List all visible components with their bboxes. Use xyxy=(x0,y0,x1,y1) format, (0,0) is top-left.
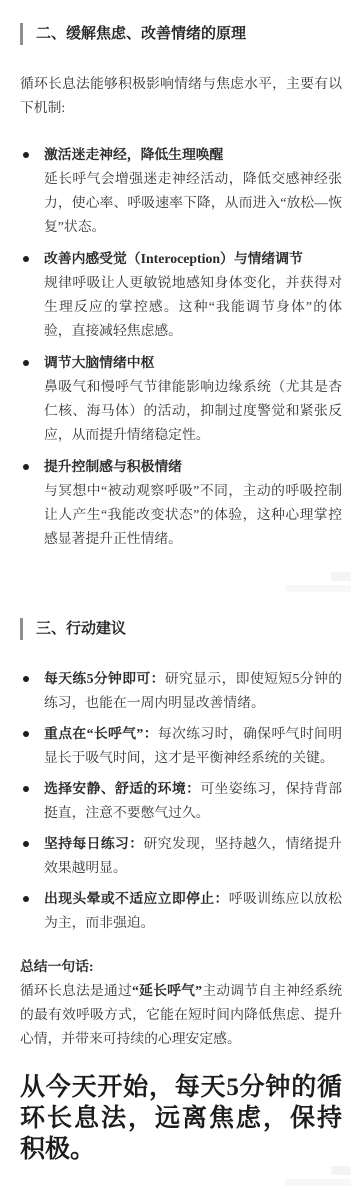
bullet-label: 坚持每日练习： xyxy=(44,836,143,851)
list-item: 出现头晕或不适应立即停止：呼吸训练应以放松为主，而非强迫。 xyxy=(20,887,342,935)
section3-title: 三、行动建议 xyxy=(36,617,126,641)
watermark xyxy=(285,572,351,592)
section2-bullet-list: 激活迷走神经，降低生理唤醒 延长呼气会增强迷走神经活动，降低交感神经张力，使心率… xyxy=(20,143,342,551)
bullet-dot-icon xyxy=(23,786,29,792)
section-accent-bar xyxy=(20,23,23,45)
bullet-body: 鼻吸气和慢呼气节律能影响边缘系统（尤其是杏仁核、海马体）的活动，抑制过度警觉和紧… xyxy=(44,375,342,447)
summary-highlight: “延长呼气” xyxy=(132,983,202,998)
bullet-title: 提升控制感与积极情绪 xyxy=(44,455,342,479)
bullet-dot-icon xyxy=(23,841,29,847)
closing-statement: 从今天开始，每天5分钟的循环长息法，远离焦虑，保持积极。 xyxy=(20,1072,342,1165)
summary-pre: 循环长息法是通过 xyxy=(20,983,132,998)
bullet-label: 重点在“长呼气”： xyxy=(44,726,158,741)
section2-title: 二、缓解焦虑、改善情绪的原理 xyxy=(36,22,246,46)
bullet-title: 调节大脑情绪中枢 xyxy=(44,351,342,375)
watermark-text xyxy=(285,585,351,592)
bullet-body: 延长呼气会增强迷走神经活动，降低交感神经张力，使心率、呼吸速率下降，从而进入“放… xyxy=(44,167,342,239)
list-item: 每天练5分钟即可：研究显示，即使短短5分钟的练习，也能在一周内明显改善情绪。 xyxy=(20,667,342,715)
list-item: 调节大脑情绪中枢 鼻吸气和慢呼气节律能影响边缘系统（尤其是杏仁核、海马体）的活动… xyxy=(20,351,342,447)
bullet-dot-icon xyxy=(23,731,29,737)
bullet-body: 规律呼吸让人更敏锐地感知身体变化，并获得对生理反应的掌控感。这种“我能调节身体”… xyxy=(44,271,342,343)
article-page: 二、缓解焦虑、改善情绪的原理 循环长息法能够积极影响情绪与焦虑水平，主要有以下机… xyxy=(0,0,360,1200)
list-item: 激活迷走神经，降低生理唤醒 延长呼气会增强迷走神经活动，降低交感神经张力，使心率… xyxy=(20,143,342,239)
watermark-text xyxy=(285,1179,351,1186)
section2-header: 二、缓解焦虑、改善情绪的原理 xyxy=(20,22,342,46)
bullet-label: 选择安静、舒适的环境： xyxy=(44,781,200,796)
bullet-title: 改善内感受觉（Interoception）与情绪调节 xyxy=(44,247,342,271)
section2-intro: 循环长息法能够积极影响情绪与焦虑水平，主要有以下机制: xyxy=(20,72,342,120)
bullet-dot-icon xyxy=(23,464,29,470)
bullet-dot-icon xyxy=(23,896,29,902)
section-accent-bar xyxy=(20,618,23,640)
bullet-body: 与冥想中“被动观察呼吸”不同，主动的呼吸控制让人产生“我能改变状态”的体验，这种… xyxy=(44,479,342,551)
bullet-dot-icon xyxy=(23,256,29,262)
summary-label: 总结一句话: xyxy=(20,955,342,979)
bullet-dot-icon xyxy=(23,152,29,158)
list-item: 选择安静、舒适的环境：可坐姿练习，保持背部挺直，注意不要憋气过久。 xyxy=(20,777,342,825)
bullet-dot-icon xyxy=(23,360,29,366)
list-item: 重点在“长呼气”：每次练习时，确保呼气时间明显长于吸气时间，这才是平衡神经系统的… xyxy=(20,722,342,770)
watermark xyxy=(285,1166,351,1186)
bullet-label: 每天练5分钟即可： xyxy=(44,671,165,686)
watermark-badge-icon xyxy=(331,572,351,581)
list-item: 改善内感受觉（Interoception）与情绪调节 规律呼吸让人更敏锐地感知身… xyxy=(20,247,342,343)
section3-header: 三、行动建议 xyxy=(20,617,342,641)
list-item: 坚持每日练习：研究发现，坚持越久，情绪提升效果越明显。 xyxy=(20,832,342,880)
section3-bullet-list: 每天练5分钟即可：研究显示，即使短短5分钟的练习，也能在一周内明显改善情绪。 重… xyxy=(20,667,342,935)
bullet-dot-icon xyxy=(23,676,29,682)
watermark-badge-icon xyxy=(331,1166,351,1175)
bullet-title: 激活迷走神经，降低生理唤醒 xyxy=(44,143,342,167)
list-item: 提升控制感与积极情绪 与冥想中“被动观察呼吸”不同，主动的呼吸控制让人产生“我能… xyxy=(20,455,342,551)
bullet-label: 出现头晕或不适应立即停止： xyxy=(44,891,229,906)
summary-paragraph: 循环长息法是通过“延长呼气”主动调节自主神经系统的最有效呼吸方式，它能在短时间内… xyxy=(20,979,342,1051)
